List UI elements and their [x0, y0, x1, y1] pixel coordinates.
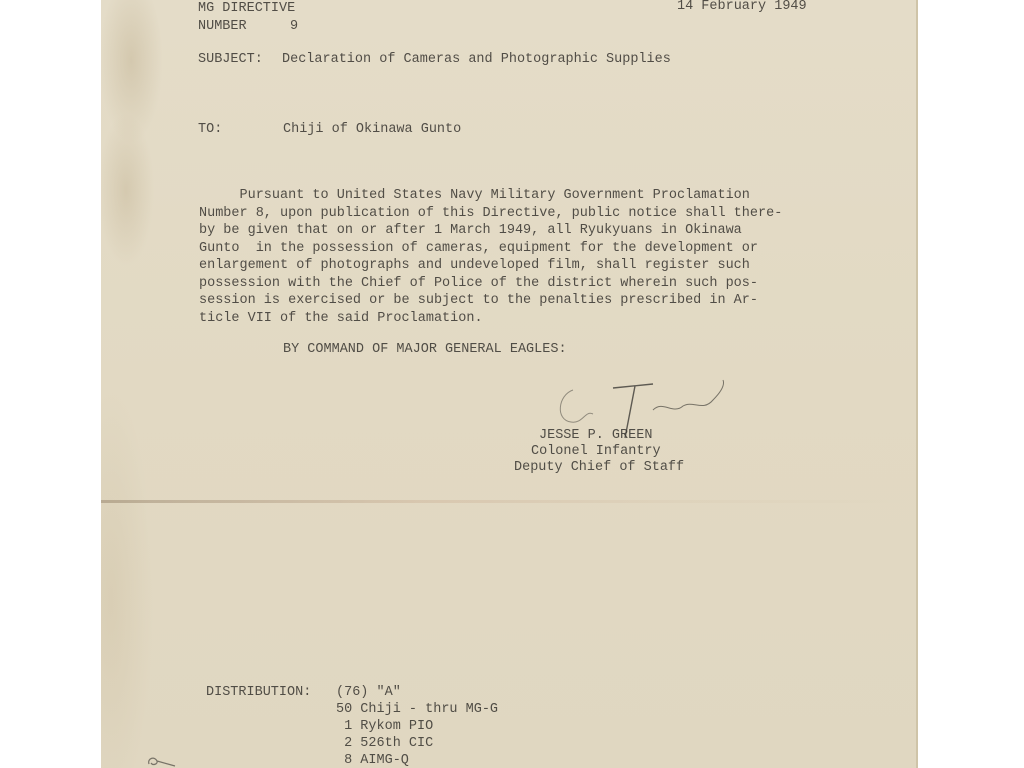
to-label: TO:	[198, 121, 222, 139]
subject-text: Declaration of Cameras and Photographic …	[282, 51, 671, 69]
body-line: by be given that on or after 1 March 194…	[199, 222, 782, 240]
signer-title: Deputy Chief of Staff	[514, 459, 684, 477]
number-value: 9	[290, 18, 298, 36]
distribution-label: DISTRIBUTION:	[206, 684, 311, 702]
distribution-line: 2 526th CIC	[336, 735, 433, 753]
document-date: 14 February 1949	[677, 0, 807, 16]
signer-name: JESSE P. GREEN	[539, 427, 652, 445]
handwritten-mark	[145, 752, 185, 768]
distribution-line: 8 AIMG-Q	[336, 752, 409, 768]
number-label: NUMBER	[198, 18, 247, 36]
distribution-line: 1 Rykom PIO	[336, 718, 433, 736]
signer-rank: Colonel Infantry	[531, 443, 661, 461]
to-text: Chiji of Okinawa Gunto	[283, 121, 461, 139]
directive-label: MG DIRECTIVE	[198, 0, 295, 18]
document-page	[101, 0, 918, 768]
body-line: Pursuant to United States Navy Military …	[199, 187, 782, 205]
distribution-line: (76) "A"	[336, 684, 401, 702]
body-line: ticle VII of the said Proclamation.	[199, 310, 782, 328]
body-line: possession with the Chief of Police of t…	[199, 275, 782, 293]
body-line: Gunto in the possession of cameras, equi…	[199, 240, 782, 258]
distribution-line: 50 Chiji - thru MG-G	[336, 701, 498, 719]
body-paragraph: Pursuant to United States Navy Military …	[199, 187, 782, 327]
paper-crease	[101, 500, 918, 503]
body-line: enlargement of photographs and undevelop…	[199, 257, 782, 275]
body-line: session is exercised or be subject to th…	[199, 292, 782, 310]
body-line: Number 8, upon publication of this Direc…	[199, 205, 782, 223]
subject-label: SUBJECT:	[198, 51, 263, 69]
command-line: BY COMMAND OF MAJOR GENERAL EAGLES:	[283, 341, 567, 359]
